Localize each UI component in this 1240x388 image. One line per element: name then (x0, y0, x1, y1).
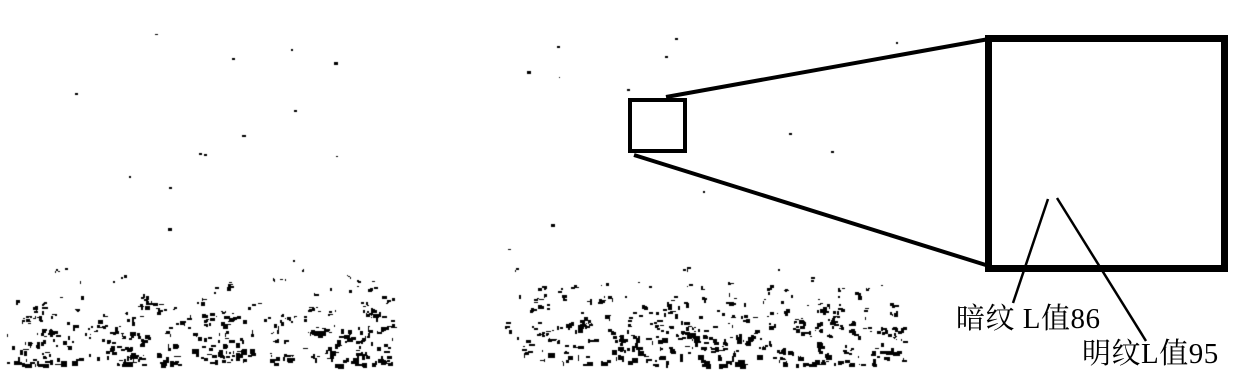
magnified-view-box (985, 35, 1228, 272)
light-stripe-label: 明纹L值95 (1082, 339, 1219, 371)
dark-stripe-label: 暗纹 L值86 (956, 304, 1100, 336)
magnifier-source-box (628, 98, 687, 153)
patent-figure: 暗纹 L值86 明纹L值95 (0, 0, 1240, 388)
